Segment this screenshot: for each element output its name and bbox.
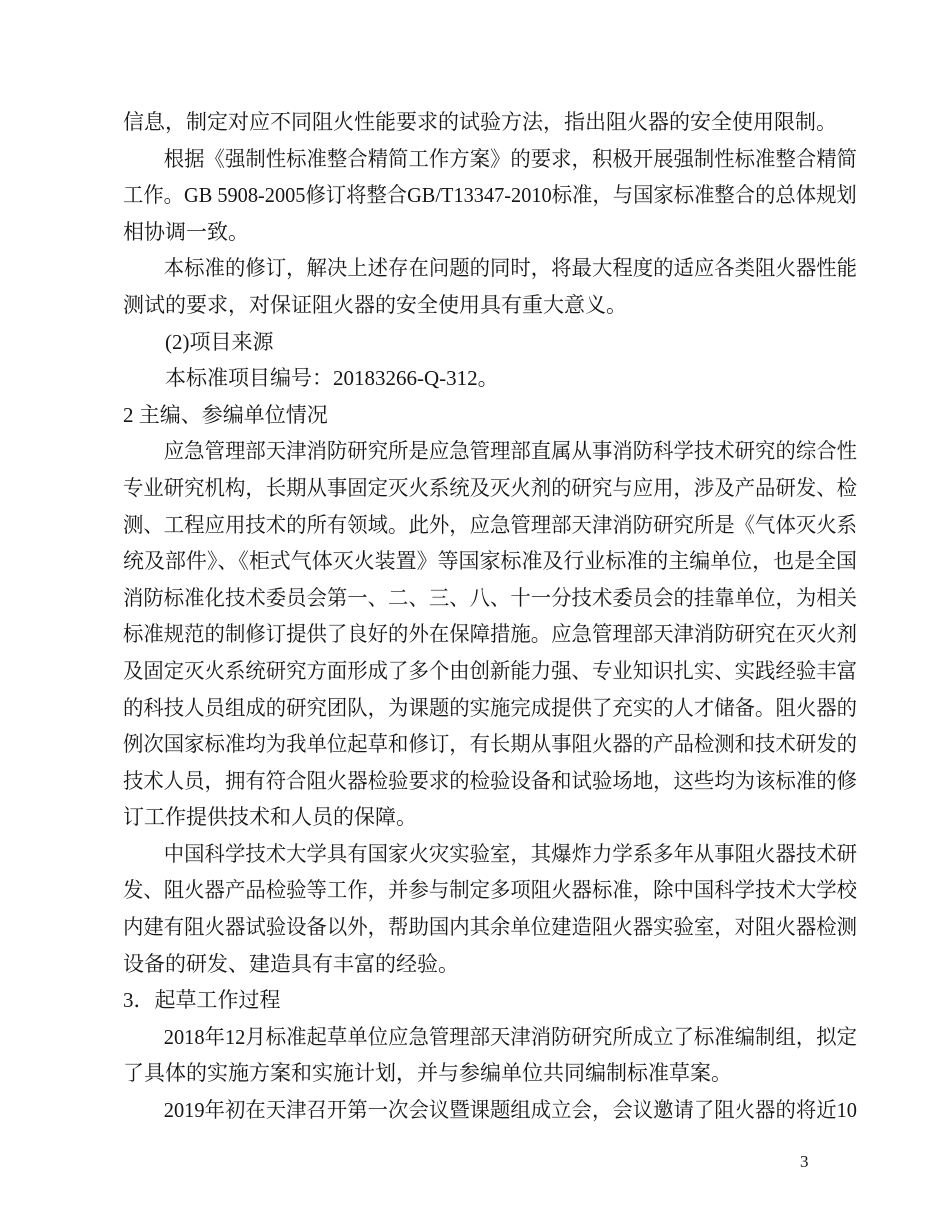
text-line: 测、工程应用技术的所有领域。此外，应急管理部天津消防研究所是《气体灭火系 — [123, 507, 836, 544]
text-line: 统及部件》、《柜式气体灭火装置》等国家标准及行业标准的主编单位，也是全国 — [123, 543, 856, 580]
text-line: 相协调一致。 — [123, 214, 857, 251]
section-heading: 3．起草工作过程 — [123, 982, 857, 1019]
document-body: 信息，制定对应不同阻火性能要求的试验方法，指出阻火器的安全使用限制。根据《强制性… — [123, 104, 857, 1129]
text-line: 内建有阻火器试验设备以外，帮助国内其余单位建造阻火器实验室，对阻火器检测 — [123, 909, 836, 946]
paragraph: 2019年初在天津召开第一次会议暨课题组成立会，会议邀请了阻火器的将近10 — [123, 1092, 857, 1129]
text-line: 本标准项目编号：20183266-Q-312。 — [123, 360, 857, 397]
text-line: (2)项目来源 — [123, 324, 857, 361]
page-number: 3 — [800, 1151, 809, 1173]
text-line: 的科技人员组成的研究团队，为课题的实施完成提供了充实的人才储备。阻火器的 — [123, 690, 836, 727]
text-line: 应急管理部天津消防研究所是应急管理部直属从事消防科学技术研究的综合性 — [123, 433, 836, 470]
text-line: 技术人员，拥有符合阻火器检验要求的检验设备和试验场地，这些均为该标准的修 — [123, 763, 836, 800]
paragraph: (2)项目来源 — [123, 324, 857, 361]
heading-line: 3．起草工作过程 — [123, 982, 857, 1019]
text-line: 消防标准化技术委员会第一、二、三、八、十一分技术委员会的挂靠单位，为相关 — [123, 580, 836, 617]
text-line: 2018年12月标准起草单位应急管理部天津消防研究所成立了标准编制组，拟定 — [123, 1019, 836, 1056]
text-line: 订工作提供技术和人员的保障。 — [123, 799, 857, 836]
text-line: 例次国家标准均为我单位起草和修订，有长期从事阻火器的产品检测和技术研发的 — [123, 726, 836, 763]
text-line: 2019年初在天津召开第一次会议暨课题组成立会，会议邀请了阻火器的将近10 — [123, 1092, 836, 1129]
text-line: 发、阻火器产品检验等工作，并参与制定多项阻火器标准，除中国科学技术大学校 — [123, 872, 836, 909]
text-line: 信息，制定对应不同阻火性能要求的试验方法，指出阻火器的安全使用限制。 — [123, 104, 857, 141]
text-line: 及固定灭火系统研究方面形成了多个由创新能力强、专业知识扎实、实践经验丰富 — [123, 653, 836, 690]
paragraph: 应急管理部天津消防研究所是应急管理部直属从事消防科学技术研究的综合性专业研究机构… — [123, 433, 857, 836]
paragraph: 根据《强制性标准整合精简工作方案》的要求，积极开展强制性标准整合精简工作。GB … — [123, 141, 857, 251]
text-line: 了具体的实施方案和实施计划，并与参编单位共同编制标准草案。 — [123, 1055, 857, 1092]
text-line: 中国科学技术大学具有国家火灾实验室，其爆炸力学系多年从事阻火器技术研 — [123, 836, 836, 873]
text-line: 设备的研发、建造具有丰富的经验。 — [123, 946, 857, 983]
document-page: 信息，制定对应不同阻火性能要求的试验方法，指出阻火器的安全使用限制。根据《强制性… — [0, 0, 950, 1230]
heading-line: 2 主编、参编单位情况 — [123, 397, 857, 434]
paragraph: 信息，制定对应不同阻火性能要求的试验方法，指出阻火器的安全使用限制。 — [123, 104, 857, 141]
text-line: 测试的要求，对保证阻火器的安全使用具有重大意义。 — [123, 287, 857, 324]
paragraph: 2018年12月标准起草单位应急管理部天津消防研究所成立了标准编制组，拟定了具体… — [123, 1019, 857, 1092]
section-heading: 2 主编、参编单位情况 — [123, 397, 857, 434]
text-line: 根据《强制性标准整合精简工作方案》的要求，积极开展强制性标准整合精简 — [123, 141, 836, 178]
text-line: 专业研究机构，长期从事固定灭火系统及灭火剂的研究与应用，涉及产品研发、检 — [123, 470, 836, 507]
paragraph: 中国科学技术大学具有国家火灾实验室，其爆炸力学系多年从事阻火器技术研发、阻火器产… — [123, 836, 857, 982]
text-line: 本标准的修订，解决上述存在问题的同时，将最大程度的适应各类阻火器性能 — [123, 250, 836, 287]
paragraph: 本标准项目编号：20183266-Q-312。 — [123, 360, 857, 397]
paragraph: 本标准的修订，解决上述存在问题的同时，将最大程度的适应各类阻火器性能测试的要求，… — [123, 250, 857, 323]
text-line: 工作。GB 5908-2005修订将整合GB/T13347-2010标准，与国家… — [123, 177, 834, 214]
text-line: 标准规范的制修订提供了良好的外在保障措施。应急管理部天津消防研究在灭火剂 — [123, 616, 836, 653]
